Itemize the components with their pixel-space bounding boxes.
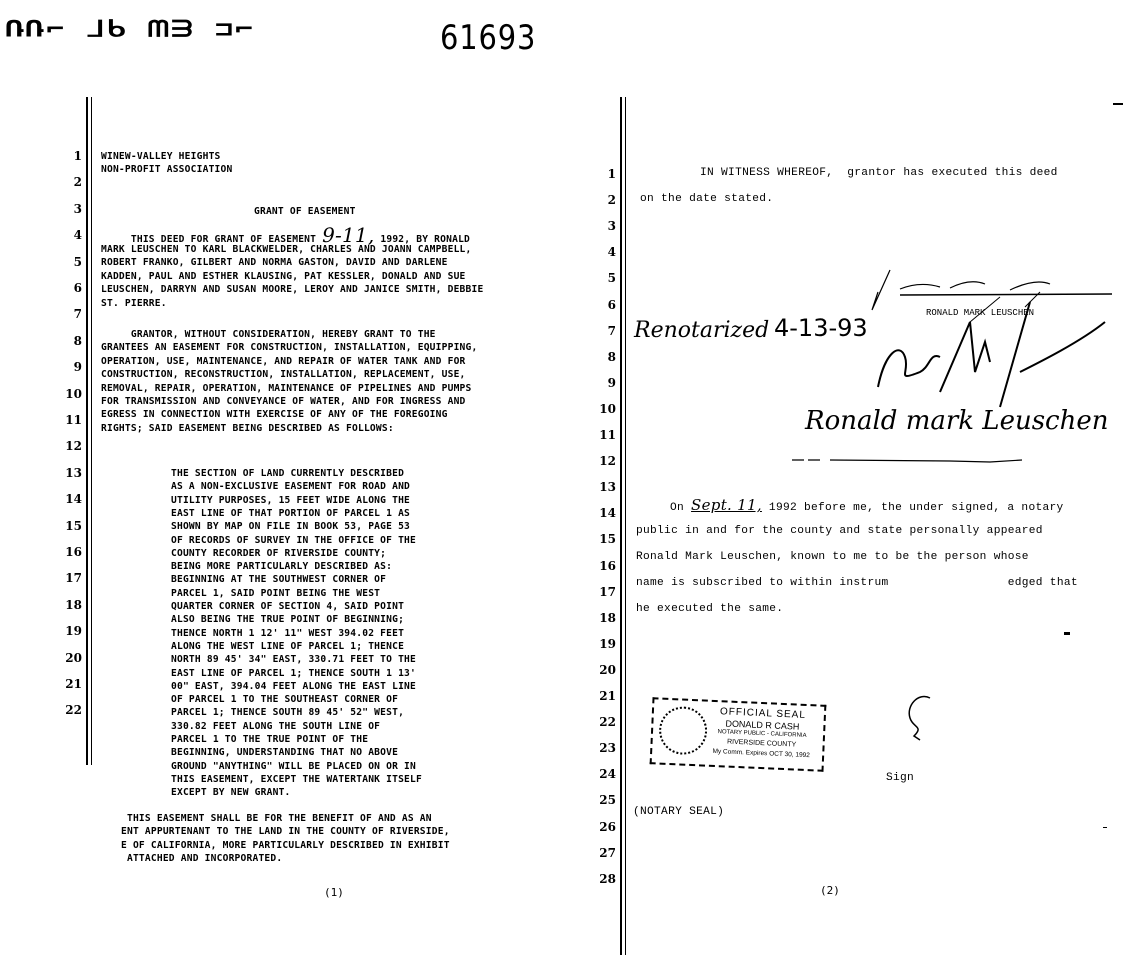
line-number: 13 bbox=[60, 466, 82, 480]
description-line: SHOWN BY MAP ON FILE IN BOOK 53, PAGE 53 bbox=[171, 520, 410, 533]
line-number: 16 bbox=[594, 559, 616, 573]
line-number: 10 bbox=[60, 387, 82, 401]
line-number: 11 bbox=[594, 428, 616, 442]
line-number: 20 bbox=[60, 651, 82, 665]
line-number: 21 bbox=[594, 689, 616, 703]
line-number: 14 bbox=[60, 492, 82, 506]
notary-line: Ronald Mark Leuschen, known to me to be … bbox=[636, 551, 1029, 563]
paragraph-line: RIGHTS; SAID EASEMENT BEING DESCRIBED AS… bbox=[101, 422, 394, 435]
line-number: 19 bbox=[594, 637, 616, 651]
notary-seal-label: (NOTARY SEAL) bbox=[633, 806, 724, 818]
line-number: 26 bbox=[594, 820, 616, 834]
line-number: 15 bbox=[594, 532, 616, 546]
paragraph-line: LEUSCHEN, DARRYN AND SUSAN MOORE, LEROY … bbox=[101, 283, 483, 296]
margin-rule bbox=[620, 97, 622, 955]
paragraph-line: KADDEN, PAUL AND ESTHER KLAUSING, PAT KE… bbox=[101, 270, 466, 283]
description-line: ALONG THE WEST LINE OF PARCEL 1; THENCE bbox=[171, 640, 404, 653]
scan-artifact bbox=[1103, 827, 1107, 828]
description-line: BEGINNING AT THE SOUTHWEST CORNER OF bbox=[171, 573, 386, 586]
paragraph-line: THIS EASEMENT SHALL BE FOR THE BENEFIT O… bbox=[121, 812, 432, 825]
notary-signature-mark bbox=[900, 692, 940, 752]
description-line: EAST LINE OF THAT PORTION OF PARCEL 1 AS bbox=[171, 507, 410, 520]
notary-first-line: On Sept. 11, 1992 before me, the under s… bbox=[670, 496, 1064, 514]
description-line: BEGINNING, UNDERSTANDING THAT NO ABOVE bbox=[171, 746, 398, 759]
line-number: 1 bbox=[60, 149, 82, 163]
description-line: PARCEL 1 TO THE TRUE POINT OF THE bbox=[171, 733, 368, 746]
renotarized-note: Renotarized bbox=[634, 318, 769, 343]
line-number: 22 bbox=[60, 703, 82, 717]
line-number: 6 bbox=[594, 298, 616, 312]
document-code: ՌՌ⌐ ᒧᑲ ᗰᗱ ⊐⌐ bbox=[6, 16, 255, 42]
paragraph-line: FOR TRANSMISSION AND CONVEYANCE OF WATER… bbox=[101, 395, 466, 408]
description-line: EXCEPT BY NEW GRANT. bbox=[171, 786, 291, 799]
description-line: COUNTY RECORDER OF RIVERSIDE COUNTY; bbox=[171, 547, 386, 560]
signer-printed-name: RONALD MARK LEUSCHEN bbox=[926, 308, 1034, 318]
line-number: 4 bbox=[60, 228, 82, 242]
notary-line: he executed the same. bbox=[636, 603, 783, 615]
paragraph-line: EGRESS IN CONNECTION WITH EXERCISE OF AN… bbox=[101, 408, 448, 421]
paragraph-line: ST. PIERRE. bbox=[101, 297, 167, 310]
line-number: 15 bbox=[60, 519, 82, 533]
line-number: 28 bbox=[594, 872, 616, 886]
line-number: 7 bbox=[60, 307, 82, 321]
line-number: 18 bbox=[60, 598, 82, 612]
line-number: 5 bbox=[60, 255, 82, 269]
description-line: UTILITY PURPOSES, 15 FEET WIDE ALONG THE bbox=[171, 494, 410, 507]
description-line: 330.82 FEET ALONG THE SOUTH LINE OF bbox=[171, 720, 380, 733]
description-line: THE SECTION OF LAND CURRENTLY DESCRIBED bbox=[171, 467, 404, 480]
witness-line-2: on the date stated. bbox=[640, 193, 773, 205]
description-line: PARCEL 1, SAID POINT BEING THE WEST bbox=[171, 587, 380, 600]
description-line: ALSO BEING THE TRUE POINT OF BEGINNING; bbox=[171, 613, 404, 626]
page-number: (2) bbox=[820, 884, 840, 897]
description-line: OF PARCEL 1 TO THE SOUTHEAST CORNER OF bbox=[171, 693, 398, 706]
line-number: 12 bbox=[60, 439, 82, 453]
scan-artifact bbox=[1064, 632, 1070, 635]
document-number: 61693 bbox=[440, 18, 536, 58]
description-line: OF RECORDS OF SURVEY IN THE OFFICE OF TH… bbox=[171, 534, 416, 547]
margin-rule bbox=[625, 97, 626, 955]
description-line: GROUND "ANYTHING" WILL BE PLACED ON OR I… bbox=[171, 760, 416, 773]
margin-rule bbox=[86, 97, 88, 765]
line-number: 11 bbox=[60, 413, 82, 427]
line-number: 21 bbox=[60, 677, 82, 691]
paragraph-line: OPERATION, USE, MAINTENANCE, AND REPAIR … bbox=[101, 355, 466, 368]
line-number: 17 bbox=[60, 571, 82, 585]
line-number: 3 bbox=[60, 202, 82, 216]
line-number: 2 bbox=[60, 175, 82, 189]
line-number: 1 bbox=[594, 167, 616, 181]
line-number: 25 bbox=[594, 793, 616, 807]
description-line: QUARTER CORNER OF SECTION 4, SAID POINT bbox=[171, 600, 404, 613]
line-number: 13 bbox=[594, 480, 616, 494]
paragraph-line: CONSTRUCTION, RECONSTRUCTION, INSTALLATI… bbox=[101, 368, 466, 381]
notary-line: public in and for the county and state p… bbox=[636, 525, 1043, 537]
paragraph-line: ROBERT FRANKO, GILBERT AND NORMA GASTON,… bbox=[101, 256, 448, 269]
line-number: 16 bbox=[60, 545, 82, 559]
description-line: 00" EAST, 394.04 FEET ALONG THE EAST LIN… bbox=[171, 680, 416, 693]
paragraph-line: REMOVAL, REPAIR, OPERATION, MAINTENANCE … bbox=[101, 382, 472, 395]
description-line: THIS EASEMENT, EXCEPT THE WATERTANK ITSE… bbox=[171, 773, 422, 786]
line-number: 12 bbox=[594, 454, 616, 468]
line-number: 7 bbox=[594, 324, 616, 338]
org-name-line-2: NON-PROFIT ASSOCIATION bbox=[101, 163, 232, 176]
line-number: 8 bbox=[60, 334, 82, 348]
line-number: 17 bbox=[594, 585, 616, 599]
line-number: 24 bbox=[594, 767, 616, 781]
line-number: 3 bbox=[594, 219, 616, 233]
official-notary-seal: OFFICIAL SEAL DONALD R CASH NOTARY PUBLI… bbox=[650, 697, 827, 772]
notary-line: name is subscribed to within instrum edg… bbox=[636, 577, 1078, 589]
description-line: EAST LINE OF PARCEL 1; THENCE SOUTH 1 13… bbox=[171, 667, 416, 680]
paragraph-line: GRANTOR, WITHOUT CONSIDERATION, HEREBY G… bbox=[101, 328, 436, 341]
line-number: 20 bbox=[594, 663, 616, 677]
line-number: 18 bbox=[594, 611, 616, 625]
line-number: 19 bbox=[60, 624, 82, 638]
description-line: PARCEL 1; THENCE SOUTH 89 45' 52" WEST, bbox=[171, 706, 404, 719]
paragraph-line: ENT APPURTENANT TO THE LAND IN THE COUNT… bbox=[121, 825, 450, 838]
signature-cursive: Ronald mark Leuschen bbox=[805, 406, 1108, 436]
line-number: 10 bbox=[594, 402, 616, 416]
signature-underline bbox=[790, 455, 1030, 467]
paragraph-line: GRANTEES AN EASEMENT FOR CONSTRUCTION, I… bbox=[101, 341, 477, 354]
paragraph-line: MARK LEUSCHEN TO KARL BLACKWELDER, CHARL… bbox=[101, 243, 472, 256]
line-number: 22 bbox=[594, 715, 616, 729]
handwritten-notary-date: Sept. 11, bbox=[691, 496, 762, 514]
line-number: 4 bbox=[594, 245, 616, 259]
description-line: THENCE NORTH 1 12' 11" WEST 394.02 FEET bbox=[171, 627, 404, 640]
line-number: 9 bbox=[60, 360, 82, 374]
description-line: BEING MORE PARTICULARLY DESCRIBED AS: bbox=[171, 560, 392, 573]
document-title: GRANT OF EASEMENT bbox=[254, 205, 356, 218]
line-number: 5 bbox=[594, 271, 616, 285]
line-number: 9 bbox=[594, 376, 616, 390]
line-number: 6 bbox=[60, 281, 82, 295]
line-number: 2 bbox=[594, 193, 616, 207]
paragraph-line: ATTACHED AND INCORPORATED. bbox=[121, 852, 282, 865]
page-number: (1) bbox=[324, 886, 344, 899]
description-line: AS A NON-EXCLUSIVE EASEMENT FOR ROAD AND bbox=[171, 480, 410, 493]
line-number: 14 bbox=[594, 506, 616, 520]
sign-label: Sign bbox=[886, 772, 914, 784]
witness-line-1: IN WITNESS WHEREOF, grantor has executed… bbox=[700, 167, 1058, 179]
state-seal-icon bbox=[658, 706, 708, 756]
paragraph-line: E OF CALIFORNIA, MORE PARTICULARLY DESCR… bbox=[121, 839, 450, 852]
line-number: 23 bbox=[594, 741, 616, 755]
org-name-line-1: WINEW-VALLEY HEIGHTS bbox=[101, 150, 221, 163]
line-number: 27 bbox=[594, 846, 616, 860]
description-line: NORTH 89 45' 34" EAST, 330.71 FEET TO TH… bbox=[171, 653, 416, 666]
line-number: 8 bbox=[594, 350, 616, 364]
scanned-document: ՌՌ⌐ ᒧᑲ ᗰᗱ ⊐⌐ 61693 123456789101112131415… bbox=[0, 0, 1127, 965]
renotarized-date: 4-13-93 bbox=[774, 314, 868, 342]
scan-artifact bbox=[1113, 103, 1123, 105]
margin-rule bbox=[91, 97, 92, 765]
